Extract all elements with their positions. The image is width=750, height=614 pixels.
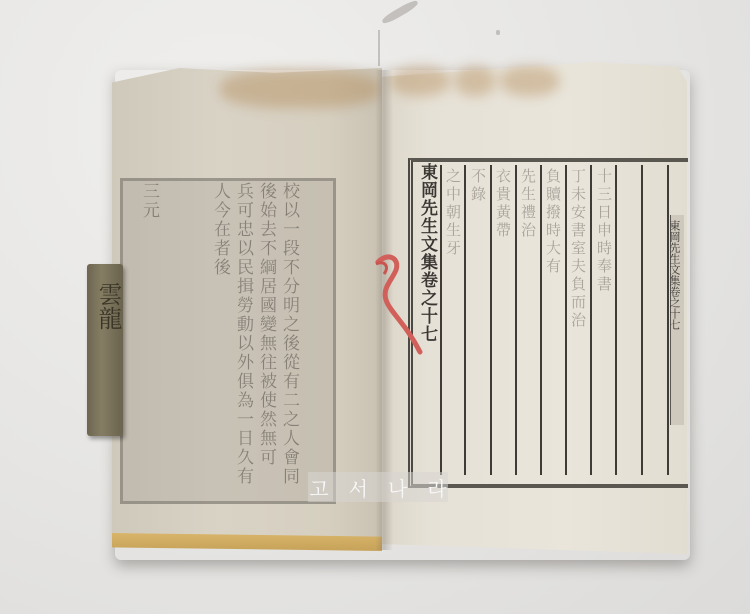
- column-rule: [515, 165, 517, 475]
- column-rule: [490, 165, 492, 475]
- faded-text-column: 衣貴黃帶: [495, 168, 510, 240]
- watermark-char: 나: [388, 473, 407, 502]
- next-page-title: 東岡先生文集卷之十七: [669, 220, 680, 330]
- column-rule: [641, 165, 643, 475]
- watermark-char: 서: [349, 473, 368, 502]
- paperweight-engraving: 雲龍: [91, 282, 126, 330]
- left-faded-column: 校以一段不分明之後從有二之人會同: [280, 182, 297, 486]
- left-faded-column: 兵可忠以民揖勞動以外俱為一日久有: [234, 182, 251, 486]
- left-faded-column: 三元: [140, 182, 157, 220]
- background-speck: [496, 30, 500, 35]
- background-smudge: [381, 0, 420, 25]
- faded-text-column: 丁未安書室夫負而治: [570, 168, 585, 330]
- column-rule: [590, 165, 592, 475]
- faded-text-column: 之中朝生牙: [445, 168, 460, 258]
- water-stain: [390, 66, 450, 96]
- water-stain: [500, 66, 560, 96]
- faded-text-column: 十三日申時奉書: [596, 168, 611, 294]
- column-rule: [565, 165, 567, 475]
- watermark-char: 고: [309, 473, 328, 502]
- background-crack: [378, 30, 380, 66]
- faded-text-column: 不錄: [470, 168, 485, 204]
- faded-text-column: 負贖撥時大有: [545, 168, 560, 276]
- left-faded-column: 人今在者後: [211, 182, 228, 277]
- column-rule: [464, 165, 466, 475]
- watermark: 고 서 나 라: [308, 472, 448, 502]
- left-faded-column: 後始去不綱居國變無往被使然無可: [257, 182, 274, 467]
- column-rule: [440, 165, 442, 475]
- water-stain: [220, 70, 380, 108]
- red-binding-thread: [370, 250, 430, 360]
- faded-text-column: 先生禮治: [520, 168, 535, 240]
- watermark-char: 라: [427, 473, 446, 502]
- water-stain: [455, 66, 495, 96]
- column-rule: [540, 165, 542, 475]
- column-rule: [615, 165, 617, 475]
- brass-paperweight: 雲龍: [87, 264, 123, 436]
